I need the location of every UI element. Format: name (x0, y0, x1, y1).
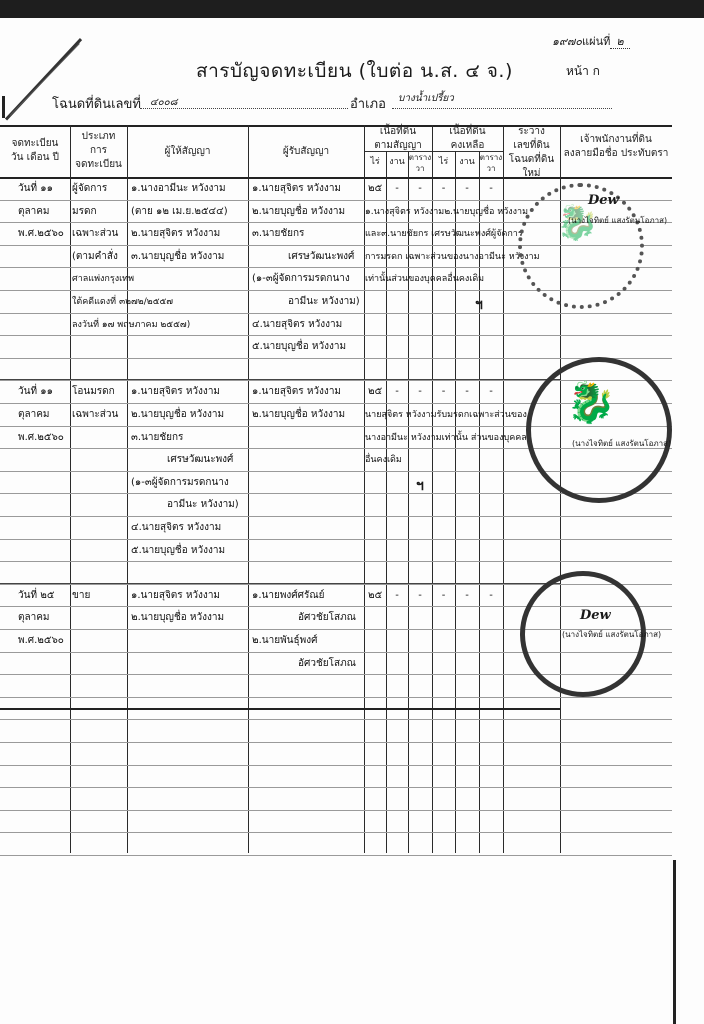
entry-grantee: ๕.นายบุญชื่อ หวังงาม (252, 341, 346, 353)
entry-grantee: (๑-๓ผู้จัดการมรดกนาง (252, 273, 350, 285)
sheet-number-prefix: ๑๙๗๐ (552, 35, 582, 48)
entry-grantee: ๒.นายบุญชื่อ หวังงาม (252, 409, 345, 421)
entry-remark: และ๓.นายชัยกร เศรษวัฒนะพงศ์ผู้จัดการ (365, 228, 523, 240)
row-line (0, 516, 672, 517)
entry-grantor: ๕.นายบุญชื่อ หวังงาม (131, 545, 225, 557)
entry-grantor: ๔.นายสุจิตร หวังงาม (131, 522, 221, 534)
entry-grantee: ๑.นายสุจิตร หวังงาม (252, 386, 341, 398)
approval-mark: ฯ (475, 294, 483, 316)
sheet-number-label: แผ่นที่ (582, 35, 610, 48)
row-line (0, 765, 672, 766)
header-unit: ตารางวา (479, 152, 503, 174)
area-value: - (459, 183, 475, 195)
row-line (0, 855, 672, 856)
entry-type: เฉพาะส่วน (72, 228, 118, 240)
area-value: - (390, 386, 404, 398)
district-value: บางน้ำเปรี้ยว (398, 91, 454, 106)
entry-date: วันที่ ๑๑ (18, 183, 53, 195)
area-value: - (412, 386, 428, 398)
entry-grantor: ๒.นายบุญชื่อ หวังงาม (131, 409, 224, 421)
district-label: อำเภอ (350, 93, 386, 114)
row-line (0, 313, 672, 314)
entry-remark: การมรดก เฉพาะส่วนของนางอามีนะ หวังงาม (365, 251, 540, 263)
corner-mark (2, 96, 19, 118)
row-line (0, 358, 672, 359)
entry-grantee: ๓.นายชัยกร (252, 228, 304, 240)
entry-date: ตุลาคม (18, 206, 50, 218)
entry-grantor: ๑.นายสุจิตร หวังงาม (131, 386, 220, 398)
row-line (0, 810, 672, 811)
entry-type: ใต้คดีแดงที่ ๓๒๗๒/๒๕๕๗ (72, 296, 173, 308)
area-value: - (459, 590, 475, 602)
column-divider (248, 125, 249, 853)
entry-remark: อื่นคงเดิม (365, 454, 402, 466)
entry-grantor: อามีนะ หวังงาม) (167, 499, 239, 511)
row-line (0, 697, 672, 698)
area-value: - (459, 386, 475, 398)
registration-table: จดทะเบียนวัน เดือน ปีประเภทการจดทะเบียนผ… (0, 125, 672, 945)
entry-remark: นางอามีนะ หวังงามเท่านั้น ส่วนของบุคคล (365, 432, 527, 444)
garuda-seal-icon: 🐉 (566, 379, 616, 426)
header-date: จดทะเบียนวัน เดือน ปี (0, 137, 70, 165)
row-line (0, 832, 672, 833)
entry-grantee: ๒.นายพันธุ์พงศ์ (252, 635, 317, 647)
area-value: - (483, 386, 499, 398)
area-value: - (390, 590, 404, 602)
deed-number-value: ๔๐๐๘ (150, 95, 178, 110)
entry-grantee: ๑.นายพงศ์ศรัณย์ (252, 590, 325, 602)
header-officer: เจ้าพนักงานที่ดินลงลายมือชื่อ ประทับตรา (560, 133, 672, 161)
officer-name: (นางไจทิตย์ แสงรัตนโอภาส) (572, 437, 671, 450)
deed-number-label: โฉนดที่ดินเลขที่ (52, 93, 141, 114)
entry-type: (ตามคำสั่ง (72, 251, 118, 263)
header-area-remaining: เนื้อที่ดินคงเหลือ (432, 125, 503, 153)
officer-signature: Dew (588, 193, 619, 208)
row-line (0, 539, 672, 540)
header-unit: ไร่ (364, 157, 386, 168)
row-line (0, 787, 672, 788)
page-right-border (673, 860, 676, 1024)
officer-name: (นางไจทิตย์ แสงรัตนโอภาส) (568, 214, 667, 227)
area-value: ๒๕ (368, 183, 382, 195)
sheet-number: ๑๙๗๐แผ่นที่๒ (552, 32, 630, 50)
page-label: หน้า ก (566, 62, 600, 81)
entry-grantor: (๑-๓ผู้จัดการมรดกนาง (131, 477, 229, 489)
entry-date: พ.ศ.๒๕๖๐ (18, 635, 64, 647)
row-line (0, 561, 672, 562)
entry-separator (0, 379, 560, 380)
header-area-contract: เนื้อที่ดินตามสัญญา (364, 125, 432, 153)
entry-grantor: ๑.นายสุจิตร หวังงาม (131, 590, 220, 602)
entry-type: ผู้จัดการ (72, 183, 107, 195)
header-grantee: ผู้รับสัญญา (248, 145, 364, 159)
document-title: สารบัญจดทะเบียน (ใบต่อ น.ส. ๔ จ.) (196, 56, 513, 86)
column-divider (127, 125, 128, 853)
header-unit: ไร่ (432, 157, 455, 168)
entry-separator (0, 583, 560, 584)
column-divider (70, 125, 71, 853)
row-line (0, 742, 672, 743)
area-value: - (436, 183, 451, 195)
approval-mark: ฯ (416, 475, 424, 497)
entry-remark: นายสุจิตร หวังงามรับมรดกเฉพาะส่วนของ (365, 409, 527, 421)
header-grantor: ผู้ให้สัญญา (127, 145, 248, 159)
entry-date: ตุลาคม (18, 409, 50, 421)
scan-top-bar (0, 0, 704, 18)
entry-type: ลงวันที่ ๑๗ พฤษภาคม ๒๕๕๗) (72, 319, 190, 331)
area-value: - (436, 386, 451, 398)
entry-grantee: เศรษวัฒนะพงศ์ (288, 251, 354, 263)
entry-type: เฉพาะส่วน (72, 409, 118, 421)
entry-type: ศาลแพ่งกรุงเทพ (72, 273, 134, 285)
district-dotted-line (392, 108, 612, 109)
entry-date: พ.ศ.๒๕๖๐ (18, 432, 64, 444)
header-parcel: ระวางเลขที่ดินโฉนดที่ดินใหม่ (503, 125, 560, 181)
entry-date: วันที่ ๑๑ (18, 386, 53, 398)
entry-grantee: ๑.นายสุจิตร หวังงาม (252, 183, 341, 195)
entry-grantee: อัศวชัยโสภณ (298, 658, 356, 670)
header-bottom-border (0, 177, 672, 179)
area-value: - (483, 590, 499, 602)
area-value: - (483, 183, 499, 195)
row-line (0, 719, 672, 720)
entry-remark: ๑.นางสุจิตร หวังงาม๒.นายบุญชื่อ หวังงาม (365, 206, 528, 218)
entry-date: วันที่ ๒๕ (18, 590, 54, 602)
sheet-number-value: ๒ (610, 35, 629, 49)
entry-type: มรดก (72, 206, 97, 218)
area-value: ๒๕ (368, 590, 382, 602)
entry-separator (0, 708, 560, 710)
entry-grantor: ๓.นายชัยกร (131, 432, 183, 444)
official-seal-stamp (518, 183, 644, 309)
entry-grantee: ๔.นายสุจิตร หวังงาม (252, 319, 342, 331)
header-type: ประเภทการจดทะเบียน (70, 130, 127, 172)
entry-type: ขาย (72, 590, 90, 602)
area-value: - (412, 183, 428, 195)
area-value: - (412, 590, 428, 602)
entry-grantor: ๒.นายสุจิตร หวังงาม (131, 228, 220, 240)
entry-remark: เท่านั้นส่วนของบุคคลอื่นคงเดิม (365, 273, 484, 285)
entry-grantor: (ตาย ๑๒ เม.ย.๒๕๔๔) (131, 206, 228, 218)
table-top-border (0, 125, 672, 127)
area-value: - (436, 590, 451, 602)
header-unit: งาน (386, 157, 408, 168)
header-unit: ตารางวา (408, 152, 432, 174)
entry-type: โอนมรดก (72, 386, 115, 398)
area-value: - (390, 183, 404, 195)
entry-date: ตุลาคม (18, 612, 50, 624)
row-line (0, 335, 672, 336)
area-value: ๒๕ (368, 386, 382, 398)
entry-grantor: เศรษวัฒนะพงศ์ (167, 454, 233, 466)
entry-grantor: ๒.นายบุญชื่อ หวังงาม (131, 612, 224, 624)
entry-date: พ.ศ.๒๕๖๐ (18, 228, 64, 240)
entry-grantee: อามีนะ หวังงาม) (288, 296, 360, 308)
officer-name: (นางไจทิตย์ แสงรัตนโอภาส) (562, 628, 661, 641)
entry-grantee: อัศวชัยโสภณ (298, 612, 356, 624)
header-unit: งาน (455, 157, 479, 168)
officer-signature: Dew (580, 608, 611, 623)
entry-grantor: ๑.นางอามีนะ หวังงาม (131, 183, 226, 195)
entry-grantee: ๒.นายบุญชื่อ หวังงาม (252, 206, 345, 218)
entry-grantor: ๓.นายบุญชื่อ หวังงาม (131, 251, 224, 263)
